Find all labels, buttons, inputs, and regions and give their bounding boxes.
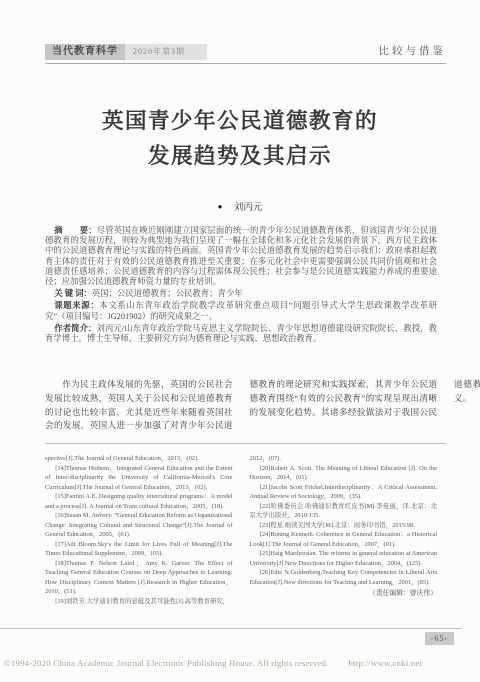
- author-name: 刘丙元: [234, 203, 263, 213]
- author-bullet-icon: ●: [218, 202, 223, 211]
- title-block: 英国青少年公民道德教育的 发展趋势及其启示: [0, 104, 480, 174]
- reference-item: [25]Haig Mardirosian. The reforms in gen…: [250, 549, 438, 568]
- page-header: 当代教育科学 2020年第3期 比较与借鉴: [45, 44, 446, 60]
- reference-item: [16]Susan M. Awbrey. “General Education …: [45, 511, 233, 540]
- page-number: -65-: [425, 632, 454, 645]
- front-matter: 摘 要：尽管英国在晚近刚刚建立国家层面的统一的青少年公民道德教育体系，但该国青少…: [45, 226, 437, 344]
- reference-item: [22]哈佛委员会.哈佛通识教育红皮书[M].李曼丽，译.北京：北京大学出版社，…: [250, 502, 438, 521]
- cnki-url-link[interactable]: http://www.cnki.net: [349, 658, 423, 668]
- abstract-text: 尽管英国在晚近刚刚建立国家层面的统一的青少年公民道德教育体系，但该国青少年公民道…: [45, 226, 437, 286]
- journal-header: 当代教育科学 2020年第3期: [45, 44, 207, 60]
- abstract: 摘 要：尽管英国在晚近刚刚建立国家层面的统一的青少年公民道德教育体系，但该国青少…: [45, 226, 437, 287]
- reference-item: 2012，(07).: [250, 454, 438, 464]
- author-bio: 作者简介：刘丙元/山东青年政治学院马克思主义学院院长、青少年思想道德建设研究院院…: [45, 324, 437, 344]
- keywords-label: 关 键 词：: [54, 289, 92, 298]
- header-divider: [45, 63, 446, 64]
- reference-item: [26]Edie N.Goldenberg.Teaching Key Compe…: [250, 568, 438, 587]
- article-title-line2: 发展趋势及其启示: [0, 139, 480, 174]
- reference-item: spective[J].The Journal of General Educa…: [45, 454, 233, 464]
- keywords: 关 键 词：英国；公民道德教育；公民教育；青少年: [45, 289, 437, 299]
- project-source: 课题来源：本文系山东青年政治学院教学改革研究重点项目“问题引导式大学生思政课教学…: [45, 301, 437, 321]
- article-body: 作为民主政体发展的先驱，英国的公民社会发展比较成熟，英国人关于公民和公民道德教育…: [45, 378, 437, 435]
- references-divider: [45, 443, 446, 444]
- footer-divider: [0, 628, 462, 629]
- journal-issue: 2020年第3期: [125, 44, 207, 60]
- journal-name: 当代教育科学: [45, 44, 125, 60]
- reference-item: [19]刘铁芳.大学通识教育的意蕴及其可能性[J].高等教育研究，: [45, 597, 233, 607]
- reference-item: [18]Thomas F. Nelson Laird，Amy K. Garver…: [45, 559, 233, 597]
- article-title-line1: 英国青少年公民道德教育的: [0, 104, 480, 139]
- copyright-line: ©1994-2020 China Academic Journal Electr…: [4, 658, 422, 668]
- reference-item: [21]Jacobs Scott Frickel.Interdisciplina…: [250, 483, 438, 502]
- keywords-text: 英国；公民道德教育；公民教育；青少年: [92, 289, 243, 298]
- references-column-left: spective[J].The Journal of General Educa…: [45, 454, 233, 606]
- project-text: 本文系山东青年政治学院教学改革研究重点项目“问题引导式大学生思政课教学改革研究”…: [45, 301, 437, 320]
- editor-note: （责任编辑：曾庆伟）: [250, 589, 438, 599]
- reference-item: [23]程星.细读美国大学[M].北京：商务印书馆，2015:98.: [250, 521, 438, 531]
- abstract-label: 摘 要：: [54, 226, 97, 235]
- copyright-text: ©1994-2020 China Academic Journal Electr…: [4, 658, 329, 668]
- body-paragraph: 作为民主政体发展的先驱，英国的公民社会发展比较成熟，英国人关于公民和公民道德教育…: [45, 378, 480, 435]
- project-label: 课题来源：: [54, 301, 99, 310]
- references-section: spective[J].The Journal of General Educa…: [45, 454, 437, 606]
- journal-page: 当代教育科学 2020年第3期 比较与借鉴 英国青少年公民道德教育的 发展趋势及…: [0, 0, 480, 682]
- reference-item: [24]Boning Kenneth. Coherence in General…: [250, 530, 438, 549]
- reference-item: [20]Robert A. Scott. The Meaning of Libe…: [250, 464, 438, 483]
- section-label: 比较与借鉴: [379, 44, 447, 60]
- reference-item: [15]Fantini A.E. Designing quality inter…: [45, 492, 233, 511]
- references-column-right: 2012，(07). [20]Robert A. Scott. The Mean…: [250, 454, 438, 606]
- bio-text: 刘丙元/山东青年政治学院马克思主义学院院长、青少年思想道德建设研究院院长，教授，…: [45, 324, 437, 343]
- reference-item: [14]Thomas Hothem，Integrated General Edu…: [45, 464, 233, 493]
- bio-label: 作者简介：: [54, 324, 96, 333]
- reference-item: [17]Adi Bloom.Sky's the Limit for Lives …: [45, 540, 233, 559]
- author-line: ● 刘丙元: [0, 199, 480, 213]
